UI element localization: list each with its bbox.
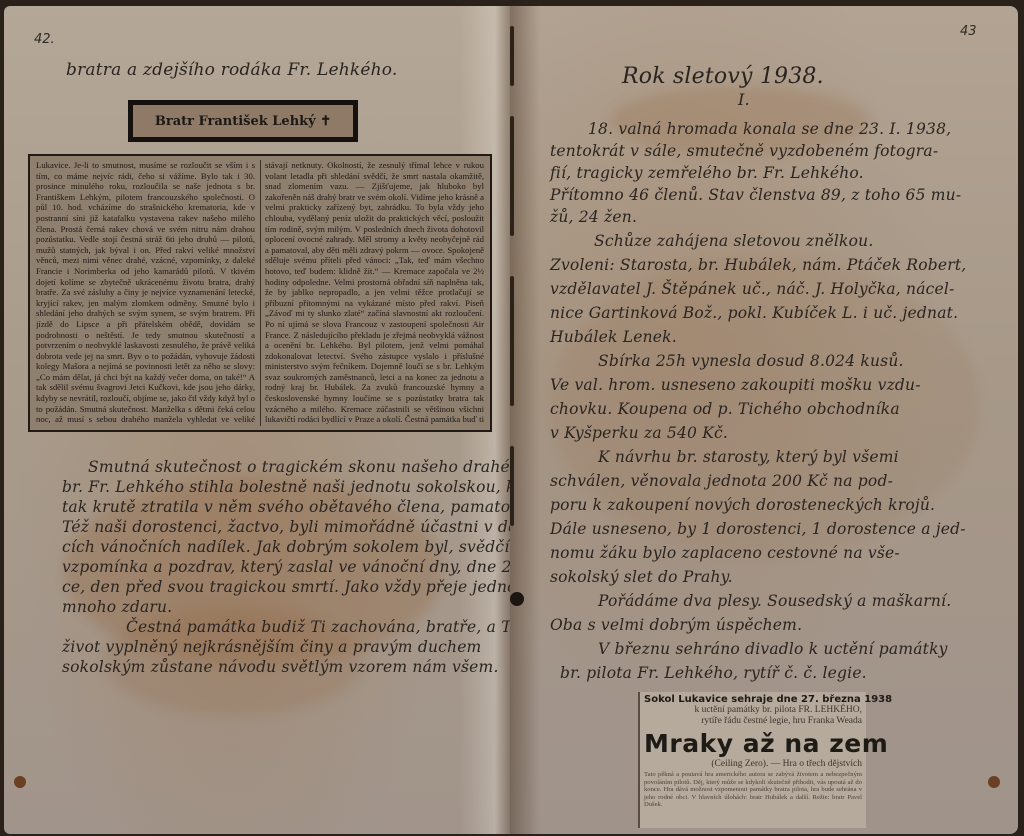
handwritten-line: Hubálek Lenek. bbox=[550, 328, 677, 346]
page-number: 42. bbox=[34, 32, 55, 47]
handwritten-line: br. pilota Fr. Lehkého, rytíř č. č. legi… bbox=[560, 664, 867, 682]
handwritten-line: vzdělavatel J. Štěpánek uč., náč. J. Hol… bbox=[550, 280, 955, 298]
handwritten-line: Čestná památka budiž Ti zachována, bratř… bbox=[126, 618, 510, 636]
rust-spot bbox=[988, 776, 1000, 788]
handwritten-line: život vyplněný nejkrásnějším činy a prav… bbox=[62, 638, 481, 656]
clipping-column-2: stávají netknuty. Okolností, že zesnulý … bbox=[265, 160, 484, 426]
handwritten-line: V březnu sehráno divadlo k uctění památk… bbox=[598, 640, 948, 658]
handwritten-line: Zvoleni: Starosta, br. Hubálek, nám. Ptá… bbox=[550, 256, 966, 274]
clipping-column-1: Lukavice. Je-li to smutnost, musíme se r… bbox=[36, 160, 261, 426]
clipping-headline: Sokol Lukavice sehraje dne 27. března 19… bbox=[644, 694, 862, 705]
play-title: Mraky až na zem bbox=[644, 729, 862, 758]
handwritten-line: Pořádáme dva plesy. Sousedský a maškarní… bbox=[598, 592, 951, 610]
handwritten-line: fií, tragicky zemřelého br. Fr. Lehkého. bbox=[550, 164, 864, 182]
newspaper-clipping-play: Sokol Lukavice sehraje dne 27. března 19… bbox=[638, 692, 866, 828]
play-original-title: (Ceiling Zero). — Hra o třech dějstvích bbox=[644, 759, 862, 769]
clipping-body: Tato pěkná a poutavá hra amerického auto… bbox=[644, 771, 862, 809]
binding-thread bbox=[510, 26, 514, 86]
clipping-title: Bratr František Lehký ✝ bbox=[128, 100, 358, 142]
left-page: 42. bratra a zdejšího rodáka Fr. Lehkého… bbox=[4, 6, 510, 834]
handwritten-line: chovku. Koupena od p. Tichého obchodníka bbox=[550, 400, 900, 418]
handwritten-line: poru k zakoupení nových dorosteneckých k… bbox=[550, 496, 935, 514]
handwritten-line: vzpomínka a pozdrav, který zaslal ve ván… bbox=[62, 558, 510, 576]
newspaper-clipping-obituary: Lukavice. Je-li to smutnost, musíme se r… bbox=[28, 154, 492, 432]
handwritten-line: tentokrát v sále, smutečně vyzdobeném fo… bbox=[550, 142, 938, 160]
handwritten-line: Dále usneseno, by 1 dorostenci, 1 dorost… bbox=[550, 520, 966, 538]
handwritten-line: sokolský slet do Prahy. bbox=[550, 568, 733, 586]
clipping-subline: k uctění památky br. pilota FR. LEHKÉHO, bbox=[644, 705, 862, 716]
handwritten-line: nomu žáku bylo zaplaceno cestovné na vše… bbox=[550, 544, 900, 562]
handwritten-line: ce, den před svou tragickou smrtí. Jako … bbox=[62, 578, 510, 596]
handwritten-line: K návrhu br. starosty, který byl všemi bbox=[598, 448, 899, 466]
ink-blot bbox=[510, 592, 524, 606]
binding-thread bbox=[510, 116, 514, 236]
handwritten-line: tak krutě ztratila v něm svého obětavého… bbox=[62, 498, 510, 516]
handwritten-line: 18. valná hromada konala se dne 23. I. 1… bbox=[588, 120, 951, 138]
handwritten-line: Oba s velmi dobrým úspěchem. bbox=[550, 616, 802, 634]
handwritten-line: Též naši dorostenci, žactvo, byli mimořá… bbox=[62, 518, 510, 536]
clipping-subline: rytíře řádu čestné legie, hru Franka Wea… bbox=[644, 716, 862, 727]
handwritten-line: nice Gartinková Bož., pokl. Kubíček L. i… bbox=[550, 304, 958, 322]
handwritten-line: Schůze zahájena sletovou znělkou. bbox=[594, 232, 873, 250]
page-number: 43 bbox=[960, 24, 977, 39]
handwritten-line: Ve val. hrom. usneseno zakoupiti mošku v… bbox=[550, 376, 921, 394]
handwritten-line: v Kyšperku za 540 Kč. bbox=[550, 424, 728, 442]
handwritten-top-line: bratra a zdejšího rodáka Fr. Lehkého. bbox=[66, 60, 398, 80]
binding-thread bbox=[510, 446, 514, 526]
handwritten-line: cích vánočních nadílek. Jak dobrým sokol… bbox=[62, 538, 510, 556]
binding-thread bbox=[510, 276, 514, 406]
page-heading: Rok sletový 1938. bbox=[622, 64, 824, 89]
handwritten-line: sokolským zůstane návodu světlým vzorem … bbox=[62, 658, 499, 676]
handwritten-line: Přítomno 46 členů. Stav členstva 89, z t… bbox=[550, 186, 961, 204]
handwritten-line: Sbírka 25h vynesla dosud 8.024 kusů. bbox=[598, 352, 904, 370]
handwritten-line: žů, 24 žen. bbox=[550, 208, 637, 226]
handwritten-line: Smutná skutečnost o tragickém skonu naše… bbox=[88, 458, 510, 476]
right-page: 43 Rok sletový 1938. I. 18. valná hromad… bbox=[510, 6, 1018, 834]
rust-spot bbox=[14, 776, 26, 788]
handwritten-line: schválen, věnovala jednota 200 Kč na pod… bbox=[550, 472, 893, 490]
handwritten-line: mnoho zdaru. bbox=[62, 598, 172, 616]
heading-section-mark: I. bbox=[738, 90, 750, 109]
handwritten-line: br. Fr. Lehkého stihla bolestně naši jed… bbox=[62, 478, 510, 496]
